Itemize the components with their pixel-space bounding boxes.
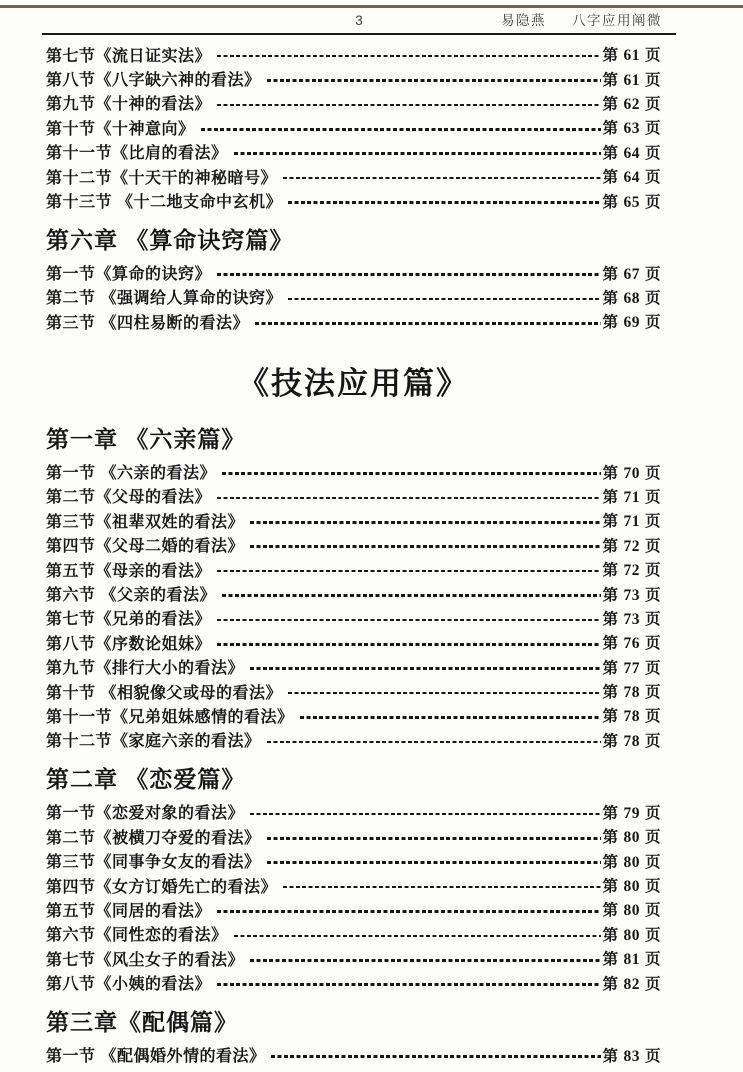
toc-entry-page: 第62页: [602, 92, 661, 114]
page-word-suffix: 页: [645, 72, 661, 89]
page-header: 3 易隐燕八字应用阐微: [42, 12, 676, 35]
page-word-suffix: 页: [645, 145, 661, 162]
page-number: 73: [623, 587, 640, 604]
dash-leader: [271, 1055, 601, 1058]
part-title: 《技法应用篇》: [46, 364, 661, 404]
page-word-prefix: 第: [602, 194, 618, 211]
toc-entry-title: 第十节 《相貌像父或母的看法》: [46, 680, 282, 703]
toc-entry-page: 第78页: [602, 729, 661, 751]
toc-entry-title: 第九节《排行大小的看法》: [46, 655, 244, 678]
toc-entry-page: 第71页: [602, 485, 661, 507]
toc-entry: 第十一节《比肩的看法》第64页: [46, 140, 661, 164]
dash-leader: [267, 741, 602, 744]
page-number: 71: [623, 489, 640, 506]
toc-entry-title: 第七节《流日证实法》: [46, 43, 211, 66]
toc-entry: 第九节《排行大小的看法》第77页: [46, 655, 661, 679]
page-word-prefix: 第: [602, 587, 618, 604]
page-word-suffix: 页: [645, 314, 661, 331]
page-word-suffix: 页: [645, 538, 661, 555]
page-number: 80: [623, 878, 640, 895]
toc-entry: 第二节《父母的看法》第71页: [46, 484, 661, 508]
toc-entry-page: 第67页: [602, 262, 661, 284]
toc-entry: 第六节 《父亲的看法》第73页: [46, 581, 661, 605]
page-word-suffix: 页: [645, 47, 661, 64]
dash-leader: [250, 959, 601, 962]
dash-leader: [283, 177, 601, 180]
toc-entry-title: 第十一节《兄弟姐妹感情的看法》: [46, 704, 294, 727]
toc-entry: 第十节《十神意向》第63页: [46, 115, 661, 139]
toc-entry-page: 第64页: [602, 141, 661, 163]
page-word-prefix: 第: [602, 96, 618, 113]
toc-entry: 第三节《祖辈双姓的看法》第71页: [46, 508, 661, 532]
page-word-prefix: 第: [602, 1048, 618, 1065]
toc-entry-title: 第四节《父母二婚的看法》: [46, 533, 244, 556]
dash-leader: [217, 55, 601, 58]
page-number: 64: [623, 145, 640, 162]
page-number: 62: [623, 96, 640, 113]
page-number: 82: [623, 976, 640, 993]
dash-leader: [250, 667, 601, 670]
toc-entry: 第一节 《配偶婚外情的看法》第83页: [46, 1042, 661, 1066]
page-word-suffix: 页: [645, 829, 661, 846]
dash-leader: [267, 837, 602, 840]
page-word-prefix: 第: [602, 72, 618, 89]
toc-entry-title: 第八节《小姨的看法》: [46, 971, 211, 994]
page-number: 67: [623, 266, 640, 283]
page-number: 69: [623, 314, 640, 331]
dash-leader: [217, 643, 601, 646]
page-word-prefix: 第: [602, 976, 618, 993]
dash-leader: [217, 619, 601, 622]
toc-entry: 第七节《风尘女子的看法》第81页: [46, 946, 661, 970]
page-word-suffix: 页: [645, 878, 661, 895]
toc-entry-title: 第十一节《比肩的看法》: [46, 140, 228, 163]
toc-entry-title: 第二节《被横刀夺爱的看法》: [46, 825, 261, 848]
page-word-suffix: 页: [645, 708, 661, 725]
page-word-suffix: 页: [645, 805, 661, 822]
toc-entry: 第一节 《六亲的看法》第70页: [46, 459, 661, 483]
toc-entry-page: 第69页: [602, 310, 661, 332]
toc-entry-page: 第68页: [602, 286, 661, 308]
toc-entry-page: 第64页: [602, 165, 661, 187]
page-word-suffix: 页: [645, 951, 661, 968]
page-word-suffix: 页: [645, 513, 661, 530]
page-word-suffix: 页: [645, 194, 661, 211]
page-number: 80: [623, 829, 640, 846]
page-number: 77: [623, 660, 640, 677]
dash-leader: [234, 935, 602, 938]
toc-entry: 第一节《算命的诀窍》第67页: [46, 260, 661, 284]
toc-entry-title: 第十三节 《十二地支命中玄机》: [46, 189, 282, 212]
toc-entry-title: 第七节《兄弟的看法》: [46, 606, 211, 629]
dash-leader: [288, 201, 602, 204]
page-word-prefix: 第: [602, 465, 618, 482]
page-number: 78: [623, 684, 640, 701]
dash-leader: [283, 886, 601, 889]
dash-leader: [288, 298, 602, 301]
dash-leader: [300, 716, 602, 719]
toc-entry-page: 第72页: [602, 558, 661, 580]
toc-entry: 第五节《母亲的看法》第72页: [46, 557, 661, 581]
toc-entry-page: 第71页: [602, 509, 661, 531]
toc-entry-page: 第76页: [602, 631, 661, 653]
page-word-prefix: 第: [602, 47, 618, 64]
page-number: 63: [623, 120, 640, 137]
toc-entry-page: 第77页: [602, 656, 661, 678]
page-word-suffix: 页: [645, 465, 661, 482]
page-word-prefix: 第: [602, 951, 618, 968]
chapter-heading: 第六章 《算命诀窍篇》: [46, 227, 661, 255]
page-number: 71: [623, 513, 640, 530]
dash-leader: [234, 152, 602, 155]
toc-entry: 第三节《同事争女友的看法》第80页: [46, 848, 661, 872]
toc-entry: 第六节《同性恋的看法》第80页: [46, 922, 661, 946]
page-word-prefix: 第: [602, 169, 618, 186]
toc-entry-page: 第80页: [602, 874, 661, 896]
page-number: 81: [623, 951, 640, 968]
page-word-prefix: 第: [602, 902, 618, 919]
dash-leader: [217, 910, 601, 913]
toc-entry-title: 第七节《风尘女子的看法》: [46, 947, 244, 970]
toc-entry-title: 第四节《女方订婚先亡的看法》: [46, 874, 277, 897]
page-number: 68: [623, 290, 640, 307]
table-of-contents: 第七节《流日证实法》第61页第八节《八字缺六神的看法》第61页第九节《十神的看法…: [0, 35, 743, 1067]
toc-entry-title: 第六节 《父亲的看法》: [46, 582, 216, 605]
toc-entry: 第四节《女方订婚先亡的看法》第80页: [46, 873, 661, 897]
page-number: 79: [623, 805, 640, 822]
toc-entry-title: 第三节 《四柱易断的看法》: [46, 310, 249, 333]
toc-entry-title: 第二节《父母的看法》: [46, 484, 211, 507]
toc-entry: 第八节《小姨的看法》第82页: [46, 970, 661, 994]
dash-leader: [222, 594, 602, 597]
dash-leader: [288, 692, 602, 695]
page-word-suffix: 页: [645, 660, 661, 677]
page-word-prefix: 第: [602, 733, 618, 750]
page-top-rule: [0, 5, 743, 8]
page-word-suffix: 页: [645, 902, 661, 919]
toc-entry-page: 第61页: [602, 68, 661, 90]
toc-entry-page: 第80页: [602, 923, 661, 945]
toc-entry: 第八节《八字缺六神的看法》第61页: [46, 66, 661, 90]
page-word-prefix: 第: [602, 562, 618, 579]
toc-entry-page: 第80页: [602, 825, 661, 847]
toc-entry-page: 第70页: [602, 461, 661, 483]
toc-entry: 第十二节《十天干的神秘暗号》第64页: [46, 164, 661, 188]
dash-leader: [250, 813, 601, 816]
chapter-heading: 第一章 《六亲篇》: [46, 426, 661, 454]
page-word-prefix: 第: [602, 878, 618, 895]
toc-entry: 第十二节《家庭六亲的看法》第78页: [46, 728, 661, 752]
toc-entry: 第十节 《相貌像父或母的看法》第78页: [46, 679, 661, 703]
toc-entry-page: 第80页: [602, 898, 661, 920]
page-word-prefix: 第: [602, 635, 618, 652]
toc-entry: 第十一节《兄弟姐妹感情的看法》第78页: [46, 703, 661, 727]
toc-entry-title: 第十二节《家庭六亲的看法》: [46, 728, 261, 751]
toc-entry: 第七节《流日证实法》第61页: [46, 42, 661, 66]
chapter-heading: 第二章 《恋爱篇》: [46, 766, 661, 794]
toc-entry-title: 第八节《八字缺六神的看法》: [46, 67, 261, 90]
page-number: 78: [623, 733, 640, 750]
toc-entry-title: 第一节 《配偶婚外情的看法》: [46, 1043, 265, 1066]
page-word-suffix: 页: [645, 635, 661, 652]
toc-entry-title: 第二节 《强调给人算命的诀窍》: [46, 285, 282, 308]
toc-entry: 第五节《同居的看法》第80页: [46, 897, 661, 921]
toc-entry-title: 第五节《母亲的看法》: [46, 558, 211, 581]
toc-entry-page: 第73页: [602, 583, 661, 605]
page-word-suffix: 页: [645, 854, 661, 871]
page-word-prefix: 第: [602, 314, 618, 331]
toc-entry-title: 第九节《十神的看法》: [46, 91, 211, 114]
toc-entry: 第八节《序数论姐妹》第76页: [46, 630, 661, 654]
page-number: 64: [623, 169, 640, 186]
page-word-suffix: 页: [645, 927, 661, 944]
page-word-prefix: 第: [602, 684, 618, 701]
page-word-suffix: 页: [645, 976, 661, 993]
page-word-prefix: 第: [602, 513, 618, 530]
toc-entry-page: 第73页: [602, 607, 661, 629]
toc-entry: 第三节 《四柱易断的看法》第69页: [46, 309, 661, 333]
dash-leader: [267, 79, 602, 82]
toc-entry-page: 第80页: [602, 850, 661, 872]
toc-entry-title: 第八节《序数论姐妹》: [46, 631, 211, 654]
toc-entry-title: 第十节《十神意向》: [46, 116, 195, 139]
dash-leader: [217, 983, 601, 986]
page-number: 80: [623, 902, 640, 919]
running-head: 3 易隐燕八字应用阐微: [42, 12, 676, 29]
page-number: 80: [623, 927, 640, 944]
toc-entry: 第二节《被横刀夺爱的看法》第80页: [46, 824, 661, 848]
page-number: 61: [623, 72, 640, 89]
dash-leader: [201, 128, 602, 131]
page-number: 72: [623, 538, 640, 555]
toc-entry-title: 第一节 《六亲的看法》: [46, 460, 216, 483]
page-number: 83: [623, 1048, 640, 1065]
toc-entry-title: 第十二节《十天干的神秘暗号》: [46, 165, 277, 188]
page-word-prefix: 第: [602, 854, 618, 871]
page-word-suffix: 页: [645, 611, 661, 628]
toc-entry-page: 第81页: [602, 947, 661, 969]
toc-entry-title: 第三节《同事争女友的看法》: [46, 849, 261, 872]
toc-entry: 第二节 《强调给人算命的诀窍》第68页: [46, 285, 661, 309]
toc-entry-page: 第65页: [602, 190, 661, 212]
toc-entry: 第一节《恋爱对象的看法》第79页: [46, 800, 661, 824]
toc-entry: 第九节《十神的看法》第62页: [46, 91, 661, 115]
page-number: 72: [623, 562, 640, 579]
page-word-suffix: 页: [645, 1048, 661, 1065]
toc-entry: 第七节《兄弟的看法》第73页: [46, 606, 661, 630]
dash-leader: [250, 521, 601, 524]
page-word-prefix: 第: [602, 708, 618, 725]
page-number: 73: [623, 611, 640, 628]
toc-entry-page: 第78页: [602, 680, 661, 702]
page-word-suffix: 页: [645, 96, 661, 113]
page-word-suffix: 页: [645, 684, 661, 701]
toc-entry: 第十三节 《十二地支命中玄机》第65页: [46, 188, 661, 212]
dash-leader: [250, 545, 601, 548]
page-number: 61: [623, 47, 640, 64]
toc-entry-page: 第72页: [602, 534, 661, 556]
page-word-prefix: 第: [602, 266, 618, 283]
page-word-suffix: 页: [645, 489, 661, 506]
page-word-suffix: 页: [645, 266, 661, 283]
toc-entry-page: 第78页: [602, 704, 661, 726]
page-word-suffix: 页: [645, 562, 661, 579]
page-number: 78: [623, 708, 640, 725]
page-word-prefix: 第: [602, 290, 618, 307]
toc-entry-page: 第61页: [602, 43, 661, 65]
toc-entry-title: 第三节《祖辈双姓的看法》: [46, 509, 244, 532]
dash-leader: [217, 273, 601, 276]
toc-entry-title: 第六节《同性恋的看法》: [46, 922, 228, 945]
page-word-prefix: 第: [602, 489, 618, 506]
dash-leader: [217, 104, 601, 107]
page-word-suffix: 页: [645, 169, 661, 186]
toc-entry-page: 第83页: [602, 1044, 661, 1066]
page-word-prefix: 第: [602, 145, 618, 162]
toc-entry: 第四节《父母二婚的看法》第72页: [46, 533, 661, 557]
page-word-suffix: 页: [645, 733, 661, 750]
dash-leader: [267, 861, 602, 864]
page-number: 80: [623, 854, 640, 871]
page-word-suffix: 页: [645, 120, 661, 137]
header-page-number: 3: [42, 12, 676, 29]
toc-entry-title: 第五节《同居的看法》: [46, 898, 211, 921]
page-word-prefix: 第: [602, 805, 618, 822]
dash-leader: [255, 322, 602, 325]
page-word-suffix: 页: [645, 587, 661, 604]
page-word-prefix: 第: [602, 660, 618, 677]
page-number: 76: [623, 635, 640, 652]
page-word-prefix: 第: [602, 927, 618, 944]
dash-leader: [222, 472, 602, 475]
page-number: 70: [623, 465, 640, 482]
toc-entry-page: 第79页: [602, 801, 661, 823]
toc-entry-page: 第63页: [602, 116, 661, 138]
page-word-prefix: 第: [602, 829, 618, 846]
dash-leader: [217, 497, 601, 500]
page-word-prefix: 第: [602, 611, 618, 628]
page-word-prefix: 第: [602, 538, 618, 555]
chapter-heading: 第三章《配偶篇》: [46, 1009, 661, 1037]
page-word-suffix: 页: [645, 290, 661, 307]
toc-entry-page: 第82页: [602, 972, 661, 994]
toc-entry-title: 第一节《算命的诀窍》: [46, 261, 211, 284]
page-number: 65: [623, 194, 640, 211]
toc-entry-title: 第一节《恋爱对象的看法》: [46, 800, 244, 823]
page-word-prefix: 第: [602, 120, 618, 137]
dash-leader: [217, 570, 601, 573]
